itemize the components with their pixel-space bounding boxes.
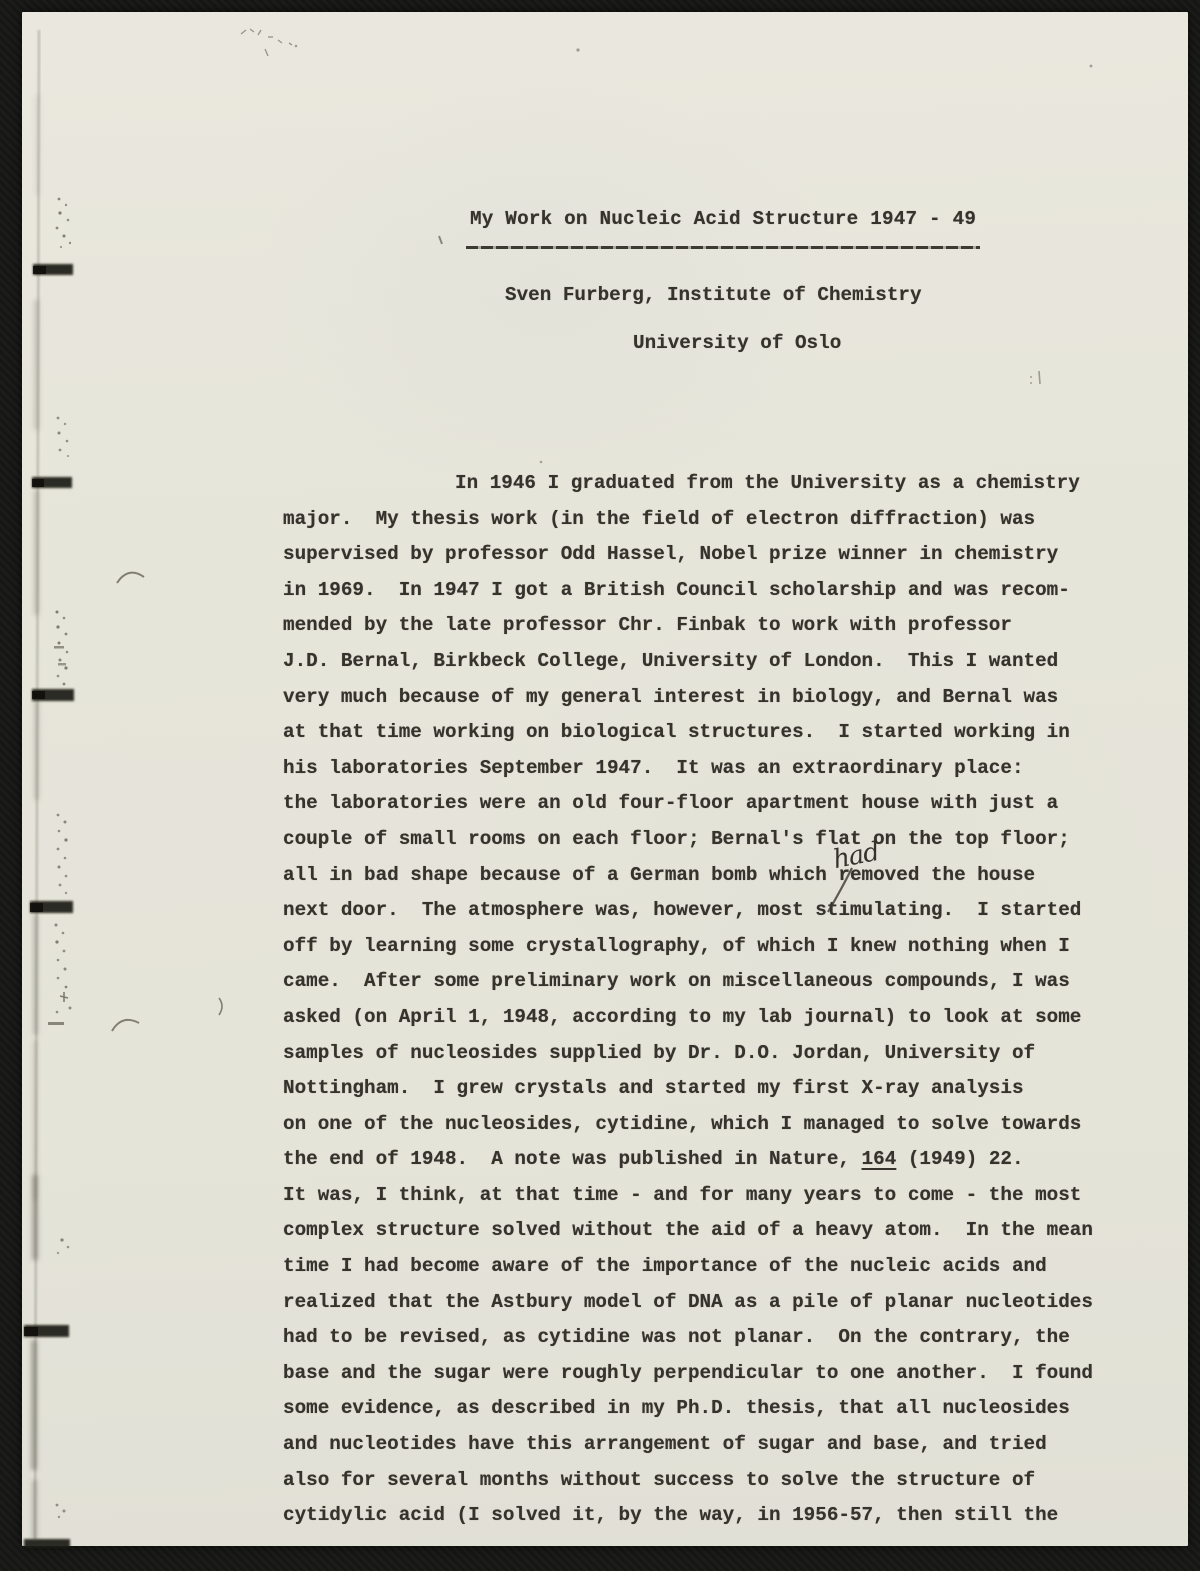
body-line: very much because of my general interest… xyxy=(283,680,1093,716)
body-text: In 1946 I graduated from the University … xyxy=(283,466,1093,1534)
body-line: J.D. Bernal, Birkbeck College, Universit… xyxy=(283,644,1093,680)
body-line: It was, I think, at that time - and for … xyxy=(283,1178,1093,1214)
body-line: on one of the nucleosides, cytidine, whi… xyxy=(283,1107,1093,1143)
document-title: My Work on Nucleic Acid Structure 1947 -… xyxy=(470,208,976,230)
body-line: Nottingham. I grew crystals and started … xyxy=(283,1071,1093,1107)
body-line: all in bad shape because of a German bom… xyxy=(283,858,1093,894)
body-line: In 1946 I graduated from the University … xyxy=(283,466,1093,502)
body-line: came. After some preliminary work on mis… xyxy=(283,964,1093,1000)
body-line: cytidylic acid (I solved it, by the way,… xyxy=(283,1498,1093,1534)
body-line: major. My thesis work (in the field of e… xyxy=(283,502,1093,538)
body-line: couple of small rooms on each floor; Ber… xyxy=(283,822,1093,858)
body-line: his laboratories September 1947. It was … xyxy=(283,751,1093,787)
body-line: also for several months without success … xyxy=(283,1463,1093,1499)
body-line: in 1969. In 1947 I got a British Council… xyxy=(283,573,1093,609)
body-line: some evidence, as described in my Ph.D. … xyxy=(283,1391,1093,1427)
body-line: next door. The atmosphere was, however, … xyxy=(283,893,1093,929)
body-line: base and the sugar were roughly perpendi… xyxy=(283,1356,1093,1392)
document-page: My Work on Nucleic Acid Structure 1947 -… xyxy=(22,12,1188,1546)
body-line: realized that the Astbury model of DNA a… xyxy=(283,1285,1093,1321)
body-line: complex structure solved without the aid… xyxy=(283,1213,1093,1249)
body-line: the end of 1948. A note was published in… xyxy=(283,1142,1093,1178)
scan-background: My Work on Nucleic Acid Structure 1947 -… xyxy=(0,0,1200,1571)
title-underline xyxy=(466,246,980,249)
body-line: off by learning some crystallography, of… xyxy=(283,929,1093,965)
body-line: the laboratories were an old four-floor … xyxy=(283,786,1093,822)
body-line: supervised by professor Odd Hassel, Nobe… xyxy=(283,537,1093,573)
affiliation-line: University of Oslo xyxy=(633,332,841,354)
body-line: time I had become aware of the importanc… xyxy=(283,1249,1093,1285)
body-line: had to be revised, as cytidine was not p… xyxy=(283,1320,1093,1356)
author-line: Sven Furberg, Institute of Chemistry xyxy=(505,284,922,306)
body-line: at that time working on biological struc… xyxy=(283,715,1093,751)
body-line: mended by the late professor Chr. Finbak… xyxy=(283,608,1093,644)
body-line: and nucleotides have this arrangement of… xyxy=(283,1427,1093,1463)
body-line: asked (on April 1, 1948, according to my… xyxy=(283,1000,1093,1036)
body-line: samples of nucleosides supplied by Dr. D… xyxy=(283,1036,1093,1072)
